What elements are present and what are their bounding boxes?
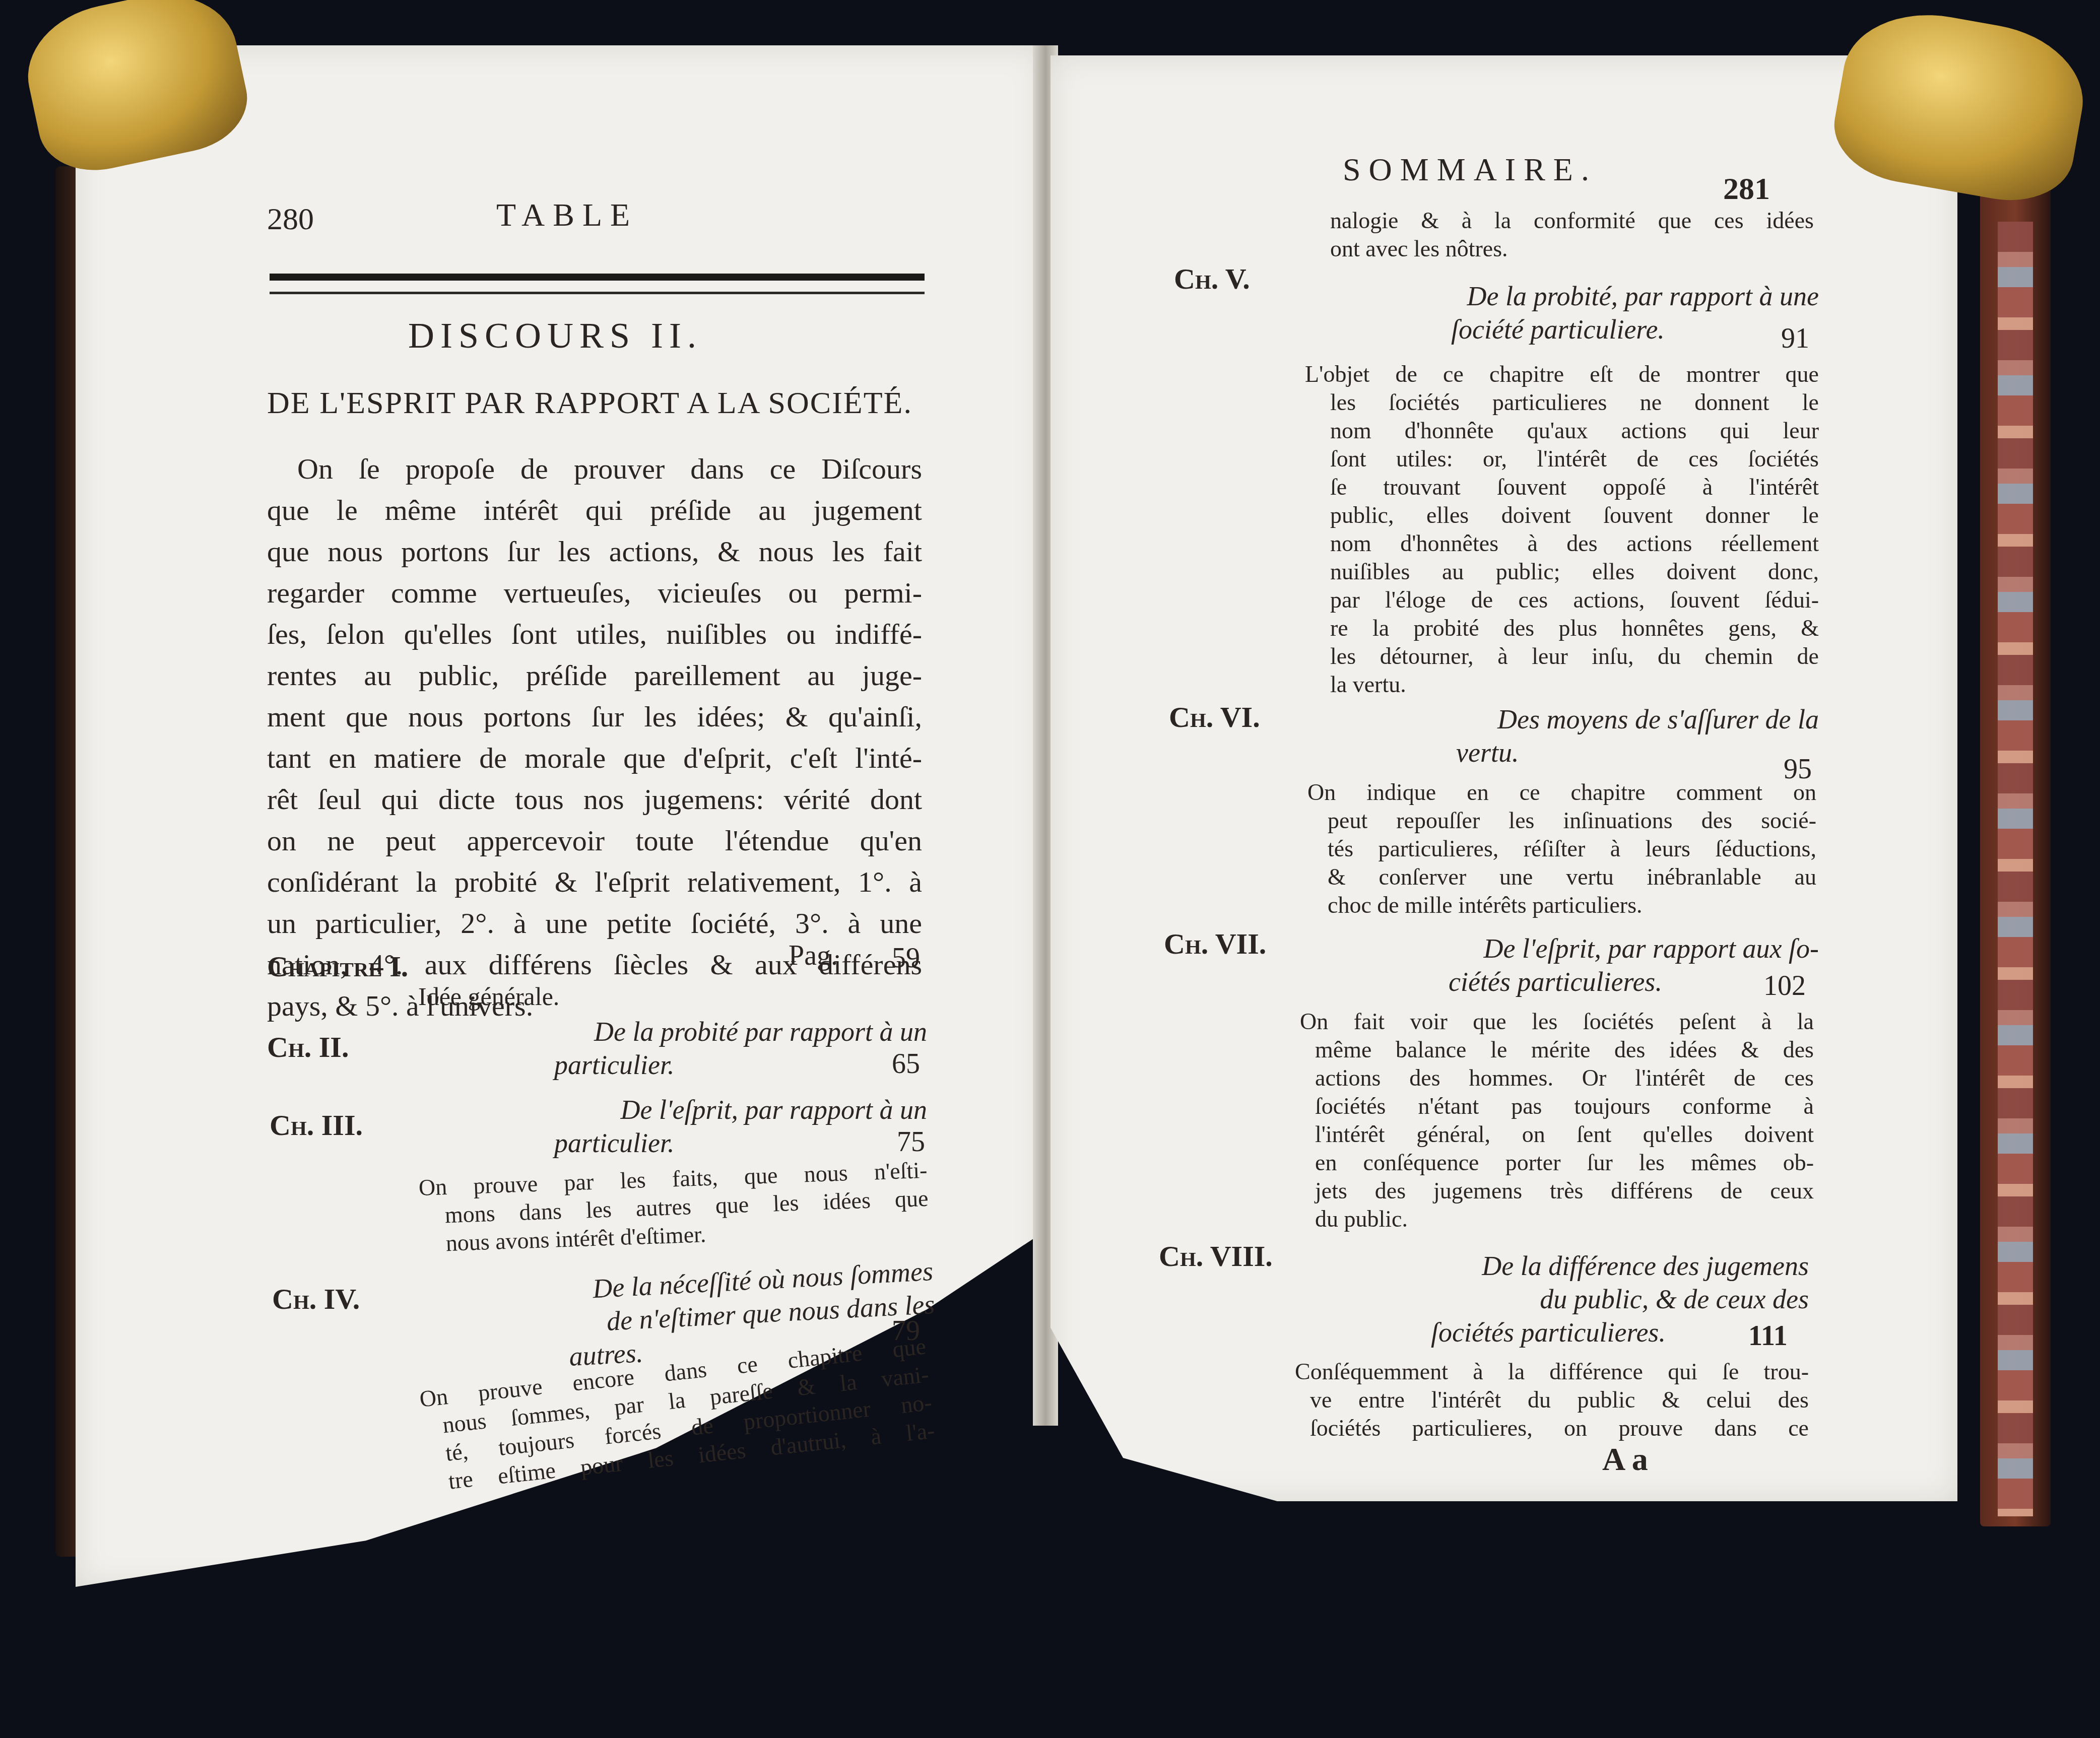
chapter-title-line: ſociétés particulieres. [1391,1316,1809,1349]
summary-line: tés particulieres, réſiſter à leurs ſédu… [1307,835,1816,863]
running-head-right: SOMMAIRE. [1343,151,1597,188]
chapter-8-summary: Conſéquemment à la différence qui ſe tro… [1295,1358,1809,1442]
chapter-8-title: De la différence des jugemens du public,… [1391,1249,1809,1349]
discours-subtitle: DE L'ESPRIT PAR RAPPORT A LA SOCIÉTÉ. [267,385,912,421]
chapter-6-title: Des moyens de s'aſſurer de la vertu. [1401,703,1819,769]
summary-line: les ſociétés particulieres ne donnent le [1305,388,1819,417]
intro-line: rêt ſeul qui dicte tous nos jugemens: vé… [267,779,922,820]
chapter-3-page: 75 [897,1126,925,1158]
summary-line: On indique en ce chapitre comment on [1307,778,1816,807]
chapter-1-summary: Idée générale. [418,982,559,1011]
intro-line: regarder comme vertueuſes, vicieuſes ou … [267,572,922,614]
intro-line: conſidérant la probité & l'eſprit relati… [267,861,922,903]
summary-line: On fait voir que les ſociétés peſent à l… [1300,1008,1814,1036]
summary-line: nalogie & à la conformité que ces idées [1330,207,1814,235]
intro-line: que nous portons ſur les actions, & nous… [267,531,922,572]
header-rule [270,274,925,294]
summary-line: en conſéquence porter ſur les mêmes ob- [1300,1149,1814,1177]
chapter-title-line: vertu. [1401,736,1819,769]
signature-mark: A a [1602,1441,1648,1478]
chapter-8-page: 111 [1748,1320,1788,1352]
chapter-7-title: De l'eſprit, par rapport aux ſo- ciétés … [1401,932,1819,998]
chapter-2-label: Ch. II. [267,1030,349,1064]
chapter-title-line: De la probité, par rapport à une [1401,280,1819,313]
chapter-title-line: du public, & de ceux des [1391,1283,1809,1316]
summary-line: ſociétés n'étant pas toujours conforme à [1300,1092,1814,1120]
chapter-7-page: 102 [1763,970,1806,1002]
chapter-5-label: Ch. V. [1174,262,1250,296]
chapter-title-line: ciétés particulieres. [1401,965,1819,998]
chapter-8-label: Ch. VIII. [1159,1239,1273,1273]
chapter-title-line: De la probité par rapport à un [509,1015,927,1048]
marbled-page-edge [1998,222,2033,1516]
chapter-1-page-prefix: Pag. [789,940,838,972]
chapter-4-label: Ch. IV. [272,1282,360,1316]
chapter-5-title: De la probité, par rapport à une ſociété… [1401,280,1819,346]
summary-line: même balance le mérite des idées & des [1300,1036,1814,1064]
summary-line: nom d'honnête qu'aux actions qui leur [1305,417,1819,445]
summary-line: ſont utiles: or, l'intérêt de ces ſociét… [1305,445,1819,473]
summary-line: la vertu. [1305,671,1819,699]
chapter-6-summary: On indique en ce chapitre comment on peu… [1307,778,1816,919]
chapter-3-label: Ch. III. [270,1108,363,1142]
summary-line: ont avec les nôtres. [1330,235,1814,263]
summary-line: public, elles doivent ſouvent donner le [1305,501,1819,529]
summary-line: jets des jugemens très différens de ceux [1300,1177,1814,1205]
running-head-left: TABLE [496,196,638,234]
chapter-title-line: De la différence des jugemens [1391,1249,1809,1283]
intro-line: On ſe propoſe de prouver dans ce Diſcour… [267,448,922,490]
chapter-7-label: Ch. VII. [1164,927,1266,961]
summary-line: & conſerver une vertu inébranlable au [1307,863,1816,891]
chapter-5-page: 91 [1781,322,1809,355]
summary-line: les détourner, à leur inſu, du chemin de [1305,642,1819,671]
continuation-text: nalogie & à la conformité que ces idées … [1330,207,1814,263]
chapter-7-summary: On fait voir que les ſociétés peſent à l… [1300,1008,1814,1233]
page-number-right: 281 [1723,171,1770,207]
intro-line: rentes au public, préſide pareillement a… [267,655,922,696]
summary-line: par l'éloge de ces actions, ſouvent ſédu… [1305,586,1819,614]
summary-line: L'objet de ce chapitre eſt de montrer qu… [1305,360,1819,388]
chapter-2-page: 65 [892,1048,920,1080]
intro-line: que le même intérêt qui préſide au jugem… [267,490,922,531]
chapter-title-line: De l'eſprit, par rapport à un [509,1093,927,1126]
summary-line: l'intérêt général, on ſent qu'elles doiv… [1300,1120,1814,1149]
intro-line: un particulier, 2°. à une petite ſociété… [267,903,922,944]
summary-line: ſe trouvant ſouvent oppoſé à l'intérêt [1305,473,1819,501]
chapter-title-line: particulier. [509,1048,927,1082]
chapter-title-line: ſociété particuliere. [1401,313,1819,346]
intro-line: tant en matiere de morale que d'eſprit, … [267,738,922,779]
chapter-3-title: De l'eſprit, par rapport à un particulie… [509,1093,927,1160]
summary-line: du public. [1300,1205,1814,1233]
chapter-title-line: Des moyens de s'aſſurer de la [1401,703,1819,736]
chapter-1-label: Chapitre I. [267,950,408,983]
chapter-2-title: De la probité par rapport à un particuli… [509,1015,927,1082]
intro-line: ſes, ſelon qu'elles ſont utiles, nuiſibl… [267,614,922,655]
page-number-left: 280 [267,202,314,237]
intro-line: ment que nous portons ſur les idées; & q… [267,696,922,738]
chapter-title-line: particulier. [509,1126,927,1160]
discours-title: DISCOURS II. [408,315,702,357]
summary-line: actions des hommes. Or l'intérêt de ces [1300,1064,1814,1092]
chapter-6-label: Ch. VI. [1169,700,1260,734]
summary-line: nom d'honnêtes à des actions réellement [1305,529,1819,558]
summary-line: re la probité des plus honnêtes gens, & [1305,614,1819,642]
summary-line: peut repouſſer les inſinuations des soci… [1307,807,1816,835]
summary-line: nuiſibles au public; elles doivent donc, [1305,558,1819,586]
summary-line: Conſéquemment à la différence qui ſe tro… [1295,1358,1809,1386]
summary-line: choc de mille intérêts particuliers. [1307,891,1816,919]
chapter-1-page: 59 [892,942,920,974]
summary-line: ſociétés particulieres, on prouve dans c… [1295,1414,1809,1442]
chapter-5-summary: L'objet de ce chapitre eſt de montrer qu… [1305,360,1819,699]
chapter-3-summary: On prouve par les faits, que nous n'eſti… [418,1156,930,1258]
summary-line: ve entre l'intérêt du public & celui des [1295,1386,1809,1414]
chapter-title-line: De l'eſprit, par rapport aux ſo- [1401,932,1819,965]
intro-line: on ne peut appercevoir toute l'étendue q… [267,820,922,861]
